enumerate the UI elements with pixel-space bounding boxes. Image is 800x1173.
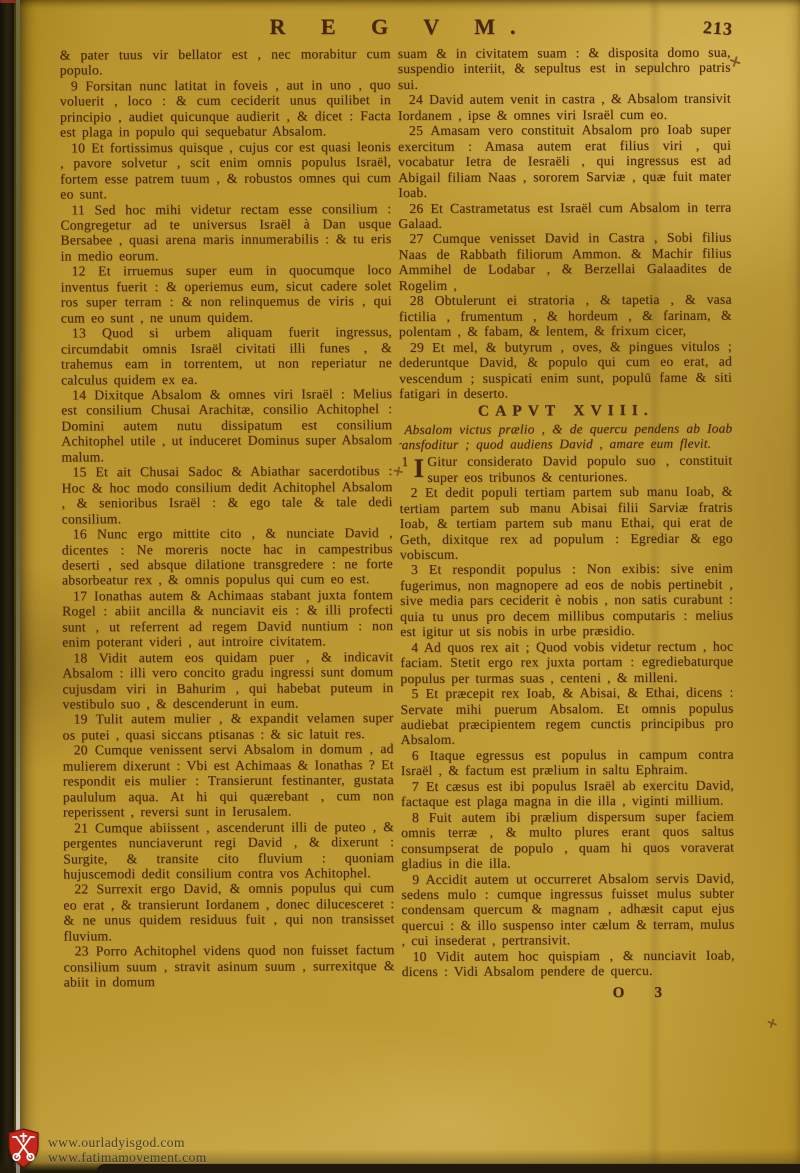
page-number: 213 [702, 17, 733, 40]
verse-paragraph: 5 Et præcepit rex Ioab, & Abisai, & Etha… [400, 685, 733, 748]
drop-cap-initial: I [413, 454, 427, 481]
chapter-heading: CAPVT XVIII. [399, 403, 732, 420]
watermark: www.ourladyisgod.com www.fatimamovement.… [8, 1128, 207, 1168]
verse-paragraph: 21 Cumque abiissent , ascenderunt illi d… [63, 819, 394, 882]
watermark-url-1: www.ourladyisgod.com [48, 1136, 207, 1151]
verse-paragraph: 11 Sed hoc mihi videtur rectam esse cons… [60, 201, 391, 264]
right-text-column: suam & in civitatem suam : & disposita d… [398, 45, 736, 1138]
verse-paragraph: suam & in civitatem suam : & disposita d… [398, 45, 731, 93]
verse-paragraph: 13 Quod si urbem aliquam fuerit ingressu… [61, 324, 392, 387]
verse-paragraph: 10 Et fortissimus quisque , cujus cor es… [60, 139, 391, 202]
verse-paragraph: 28 Obtulerunt ei stratoria , & tapetia ,… [399, 292, 732, 340]
verse-paragraph: & pater tuus vir bellator est , nec mora… [60, 46, 391, 78]
verse-paragraph: 2 Et dedit populi tertiam partem sub man… [400, 484, 733, 563]
verse-paragraph: 10 Vidit autem hoc quispiam , & nunciavi… [402, 947, 735, 979]
verse-paragraph: 4 Ad quos rex ait ; Quod vobis videtur r… [400, 638, 733, 686]
verse-paragraph: 27 Cumque venisset David in Castra , Sob… [398, 230, 731, 293]
verse-paragraph: 3 Et respondit populus : Non exibis: siv… [400, 561, 733, 640]
verse-paragraph: 12 Et irruemus super eum in quocumque lo… [61, 262, 392, 325]
book-page-photo: R E G V M. 213 & pater tuus vir bellator… [0, 0, 800, 1173]
verse-paragraph: 18 Vidit autem eos quidam puer , & indic… [62, 649, 393, 712]
left-text-column: & pater tuus vir bellator est , nec mora… [60, 46, 396, 1137]
verse-paragraph: 25 Amasam vero constituit Absalom pro Io… [398, 122, 731, 201]
verse-paragraph: 16 Nunc ergo mittite cito , & nunciate D… [62, 525, 393, 588]
verse-paragraph: 17 Ionathas autem & Achimaas stabant jux… [62, 587, 393, 650]
verse-paragraph: 29 Et mel, & butyrum , oves, & pingues v… [399, 338, 732, 401]
verse-paragraph: 19 Tulit autem mulier , & expandit velam… [63, 711, 394, 743]
crossed-keys-shield-icon [8, 1128, 39, 1168]
page-holder-line [16, 0, 20, 1173]
verse-paragraph: 15 Et ait Chusai Sadoc & Abiathar sacerd… [61, 463, 392, 526]
verse-paragraph: 8 Fuit autem ibi prælium dispersum super… [401, 808, 734, 871]
verse-paragraph: 20 Cumque venissent servi Absalom in dom… [63, 741, 394, 820]
verse-paragraph: 24 David autem venit in castra , & Absal… [398, 91, 731, 123]
verse-paragraph: 22 Surrexit ergo David, & omnis populus … [63, 880, 394, 943]
watermark-url-2: www.fatimamovement.com [48, 1151, 207, 1166]
verse-paragraph: 9 Forsitan nunc latitat in foveis , aut … [60, 77, 391, 140]
verse-paragraph: 7 Et cæsus est ibi populus Israël ab exe… [401, 777, 734, 809]
verse-paragraph-dropcap: 1IGitur considerato David populo suo , c… [399, 453, 732, 485]
chapter-summary: Absalom victus prælio , & de quercu pend… [398, 420, 733, 452]
verse-paragraph: 14 Dixitque Absalom & omnes viri Israël … [61, 386, 392, 465]
text-columns: & pater tuus vir bellator est , nec mora… [0, 0, 800, 1173]
verse-paragraph: 23 Porro Achitophel videns quod non fuis… [64, 942, 395, 990]
verse-paragraph: 9 Accidit autem ut occurreret Absalom se… [401, 870, 734, 949]
verse-paragraph: 26 Et Castrametatus est Israël cum Absal… [398, 199, 731, 231]
running-head-title: R E G V M. [160, 14, 640, 40]
verse-paragraph: 6 Itaque egressus est populus in campum … [401, 746, 734, 778]
printers-signature-mark: O 3 [402, 985, 735, 1002]
